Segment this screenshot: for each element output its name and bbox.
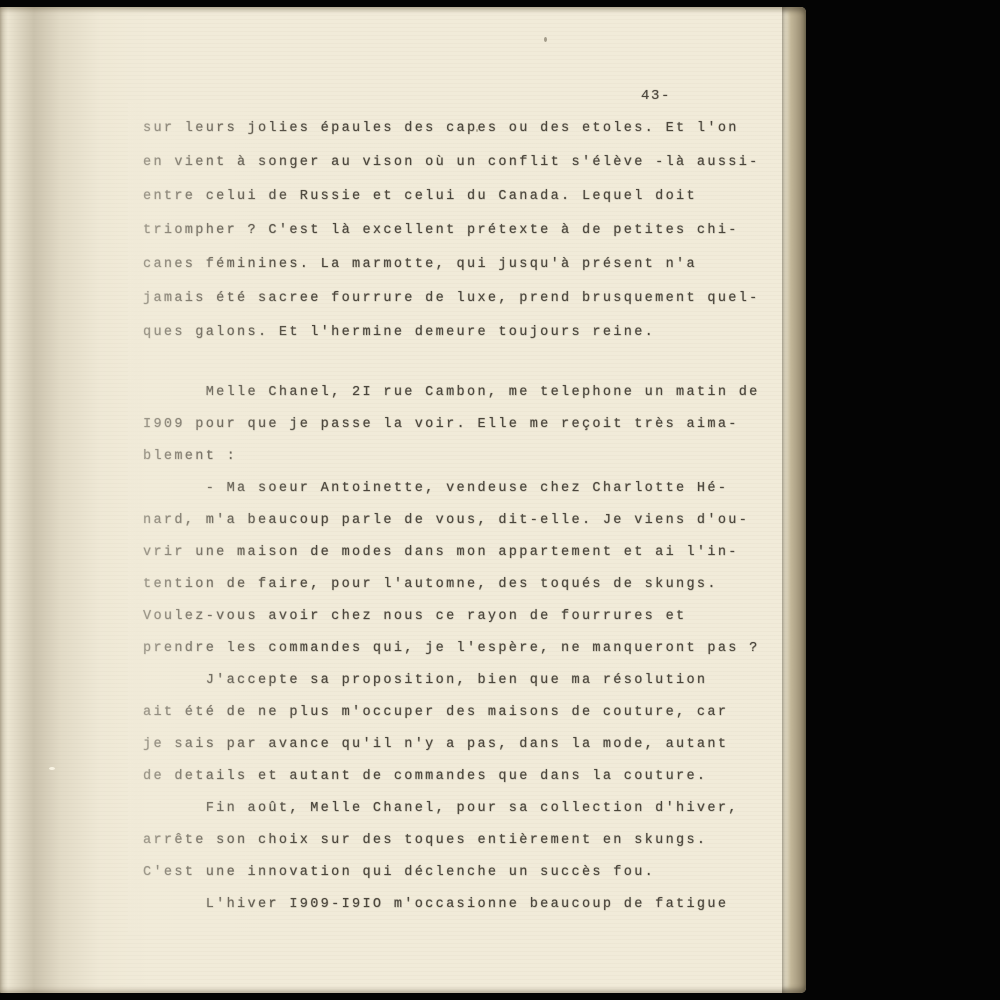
scanned-book-photo: 43- sur leurs jolies épaules des capes o… xyxy=(0,0,1000,1000)
text-line: C'est une innovation qui déclenche un su… xyxy=(143,857,805,889)
text-line: tention de faire, pour l'automne, des to… xyxy=(143,569,805,601)
paragraph: sur leurs jolies épaules des capes ou de… xyxy=(143,112,805,350)
text-line: jamais été sacree fourrure de luxe, pren… xyxy=(143,282,805,316)
paragraph: Melle Chanel, 2I rue Cambon, me telephon… xyxy=(143,377,805,921)
page-number: 43- xyxy=(641,85,671,107)
text-line: entre celui de Russie et celui du Canada… xyxy=(143,180,805,214)
text-line: ques galons. Et l'hermine demeure toujou… xyxy=(143,316,805,350)
text-line: arrête son choix sur des toques entièrem… xyxy=(143,825,805,857)
book-gutter-shadow xyxy=(0,7,150,993)
text-line: en vient à songer au vison où un conflit… xyxy=(143,146,805,180)
text-line: J'accepte sa proposition, bien que ma ré… xyxy=(143,665,805,697)
text-line: - Ma soeur Antoinette, vendeuse chez Cha… xyxy=(143,473,805,505)
text-line: Melle Chanel, 2I rue Cambon, me telephon… xyxy=(143,377,805,409)
typewritten-text: sur leurs jolies épaules des capes ou de… xyxy=(143,112,805,921)
text-line: blement : xyxy=(143,441,805,473)
text-line: canes féminines. La marmotte, qui jusqu'… xyxy=(143,248,805,282)
text-line: Voulez-vous avoir chez nous ce rayon de … xyxy=(143,601,805,633)
book-page: 43- sur leurs jolies épaules des capes o… xyxy=(0,7,806,993)
text-line: sur leurs jolies épaules des capes ou de… xyxy=(143,112,805,146)
text-line: de details et autant de commandes que da… xyxy=(143,761,805,793)
text-line: nard, m'a beaucoup parle de vous, dit-el… xyxy=(143,505,805,537)
text-line: triompher ? C'est là excellent prétexte … xyxy=(143,214,805,248)
text-line: je sais par avance qu'il n'y a pas, dans… xyxy=(143,729,805,761)
text-line: I909 pour que je passe la voir. Elle me … xyxy=(143,409,805,441)
text-line: L'hiver I909-I9IO m'occasionne beaucoup … xyxy=(143,889,805,921)
text-line: ait été de ne plus m'occuper des maisons… xyxy=(143,697,805,729)
paper-speck xyxy=(49,767,55,770)
text-line: Fin août, Melle Chanel, pour sa collecti… xyxy=(143,793,805,825)
text-line: vrir une maison de modes dans mon appart… xyxy=(143,537,805,569)
paper-speck xyxy=(544,37,547,42)
text-line: prendre les commandes qui, je l'espère, … xyxy=(143,633,805,665)
